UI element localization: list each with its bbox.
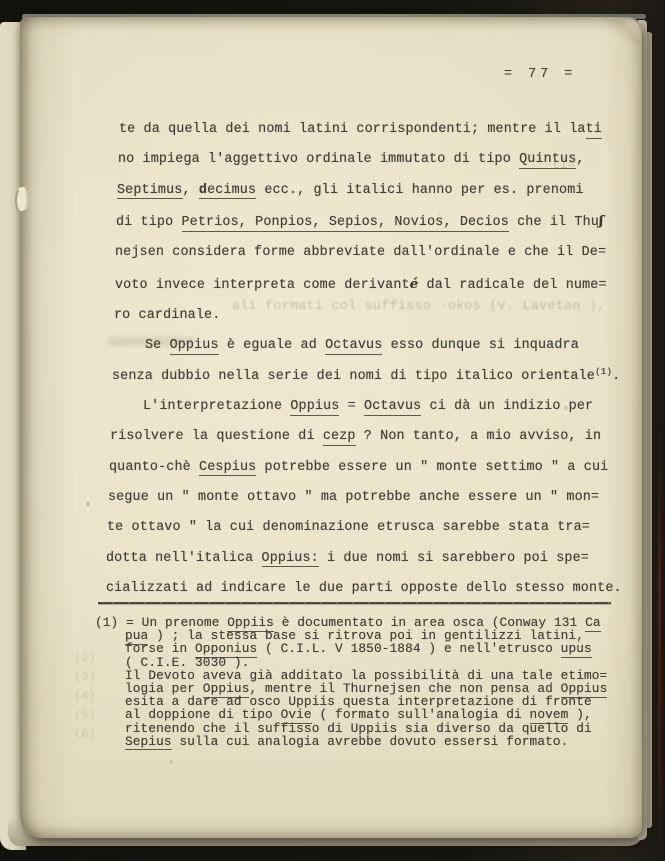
text-segment: Cespius [199, 460, 256, 477]
text-segment: ecimus [207, 183, 256, 200]
body-line: no impiega l'aggettivo ordinale immutato… [106, 145, 646, 175]
text-segment: Oppius: [262, 551, 319, 568]
body-line: ro cardinale. [106, 301, 646, 331]
body-line: L'interpretazione Oppius = Octavus ci dà… [106, 392, 646, 422]
text-segment: Ca [585, 615, 601, 632]
text-segment: ecc., gli italici hanno per es. prenomi [256, 183, 583, 198]
text-segment: voto invece interpreta come derivant [115, 278, 410, 293]
body-line: nejsen considera forme abbreviate dall'o… [106, 238, 646, 268]
body-line: Se Oppius è eguale ad Octavus esso dunqu… [106, 331, 646, 361]
text-segment: nejsen considera forme abbreviate dall'o… [115, 245, 606, 260]
text-segment: Quintus [519, 152, 576, 169]
text-segment: risolvere la questione di [110, 429, 323, 444]
text-segment: = [339, 399, 364, 414]
text-segment: ti [586, 122, 602, 139]
text-segment: sulla cui analogia avrebbe dovuto essers… [172, 734, 569, 749]
text-segment: . [612, 369, 620, 384]
text-segment: upus [561, 641, 592, 658]
text-segment: è eguale ad [219, 338, 325, 353]
text-segment: potrebbe essere un " monte settimo " a c… [256, 460, 608, 475]
text-segment: di tipo [116, 215, 182, 230]
text-segment: esso dunque si inquadra [382, 338, 578, 353]
text-segment: ʃ [599, 213, 604, 229]
text-segment: quanto-chè [109, 460, 199, 475]
corner-curl [606, 19, 640, 45]
text-segment: segue un " monte ottavo " ma potrebbe an… [108, 490, 599, 505]
body-line: risolvere la questione di cezp ? Non tan… [106, 422, 646, 452]
text-segment: , [576, 152, 584, 167]
footnote-separator [98, 602, 611, 604]
body-line: cializzati ad indicare le due parti oppo… [106, 574, 646, 604]
page-number: = 77 = [504, 67, 576, 82]
paper-speckles [20, 17, 22, 19]
text-segment: Sepius [125, 734, 172, 751]
body-line: senza dubbio nella serie dei nomi di tip… [106, 362, 646, 392]
text-segment: Oppius [170, 338, 219, 355]
text-segment: Se [145, 338, 170, 353]
text-segment: no impiega l'aggettivo ordinale immutato… [118, 152, 519, 167]
text-segment: L'interpretazione [143, 399, 290, 414]
footnote-line: Sepius sulla cui analogia avrebbe dovuto… [125, 735, 640, 748]
text-segment: cezp [323, 429, 356, 446]
text-segment: te da quella dei nomi latini corrisponde… [119, 122, 586, 137]
body-line: voto invece interpreta come derivanté da… [106, 269, 646, 301]
body-line: Septimus, decimus ecc., gli italici hann… [106, 176, 646, 206]
text-segment: cializzati ad indicare le due parti oppo… [106, 581, 622, 596]
footnote: (1) = Un prenome Oppiis è documentato in… [95, 616, 640, 748]
text-segment: dal radicale del nume= [418, 278, 606, 293]
body-line: quanto-chè Cespius potrebbe essere un " … [106, 453, 646, 483]
body-text: te da quella dei nomi latini corrisponde… [106, 115, 646, 605]
text-segment: i due nomi si sarebbero poi spe= [319, 551, 589, 566]
text-segment: d [199, 183, 207, 200]
text-segment: dotta nell'italica [106, 551, 262, 566]
body-line: segue un " monte ottavo " ma potrebbe an… [106, 483, 646, 513]
paper-curl [15, 187, 28, 213]
text-segment: te ottavo " la cui denominazione etrusca… [107, 520, 590, 535]
page-stack-right-edge-2 [647, 32, 652, 828]
document-page: ali formati col suffisso -okos (v. Lavet… [20, 17, 642, 838]
text-segment: Octavus [325, 338, 382, 355]
body-line: te ottavo " la cui denominazione etrusca… [106, 513, 646, 543]
text-segment: Petrios, Ponpios, Sepios, Novios, Decios [182, 215, 509, 232]
body-line: di tipo Petrios, Ponpios, Sepios, Novios… [106, 206, 646, 238]
text-segment: ? Non tanto, a mio avviso, in [356, 429, 602, 444]
photo-background: ali formati col suffisso -okos (v. Lavet… [0, 0, 665, 861]
body-line: te da quella dei nomi latini corrisponde… [106, 115, 646, 145]
text-segment: Octavus [364, 399, 421, 416]
text-segment: che il Thu [509, 215, 599, 230]
text-segment: Oppius [290, 399, 339, 416]
text-segment: , [183, 183, 199, 198]
text-segment: (1) [595, 366, 612, 377]
body-line: dotta nell'italica Oppius: i due nomi si… [106, 544, 646, 574]
text-segment: Septimus [117, 183, 183, 200]
text-segment: senza dubbio nella serie dei nomi di tip… [112, 369, 595, 384]
text-segment: ci dà un indizio per [421, 399, 593, 414]
text-segment: ( C.I.L. V 1850-1884 ) e nell'etrusco [257, 641, 560, 656]
text-segment: ro cardinale. [114, 308, 220, 323]
